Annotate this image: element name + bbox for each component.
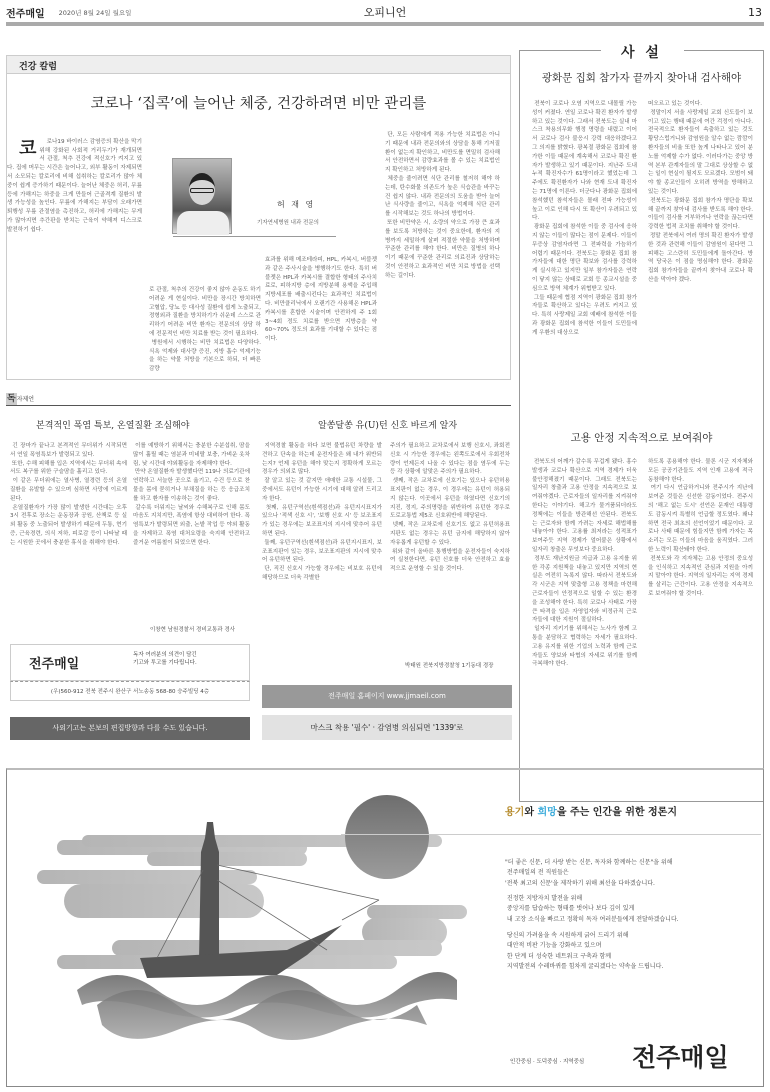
reader-article-2-title: 알쏭달쏭 유(U)턴 신호 바르게 알자	[318, 418, 457, 431]
author-title: 기자연세병원 내과 전문의	[257, 218, 319, 226]
editorial-2-col2: 하도록 종용해야 한다. 물론 시군 지자체와 모든 공공기관들도 지역 인재 …	[648, 458, 753, 599]
editorial-2-col1: 전북도의 어깨가 갈수록 무겁게 됐다. 홍수 발생과 코로나 확산으로 지역 …	[532, 458, 637, 669]
author-name: 허 재 영	[277, 199, 315, 210]
reader-article-2-col1: 지역경찰 활동을 하다 보면 불법유턴 차량을 발견하고 단속을 하는데 운전자…	[262, 442, 382, 583]
campaign-banner: 마스크 착용 '필수' · 감염병 의심되면 '1339'로	[262, 715, 512, 740]
contrib-message: 독자 여러분의 의견이 담긴 기고와 투고를 기다립니다.	[133, 651, 197, 667]
masthead: 전주매일 2020년 8월 24일 월요일 오피니언 13	[6, 2, 764, 22]
editorial-title-2: 고용 안정 지속적으로 보여줘야	[520, 430, 763, 445]
author-body	[177, 211, 229, 235]
reader-article-1-byline: 이창현 남원경찰서 경비교통과 경사	[150, 625, 235, 633]
section-title: 오피니언	[6, 4, 764, 20]
reader-article-1-col2: 이를 예방하기 위해서는 충분한 수분섭취, 땀을 많이 흘릴 때는 염분과 미…	[133, 442, 250, 548]
column-body-col1: 코로나19 바이러스 감염증의 확산을 막기 위해 강화된 사회적 거리두기가 …	[7, 129, 142, 243]
reader-article-1-title: 본격적인 폭염 특보, 온열질환 조심해야	[36, 418, 189, 431]
editorial-1-col2: 떠오르고 있는 것이다. 정말이지 서울 사랑제일 교회 신도들이 보이고 있는…	[648, 100, 753, 285]
editorial-section: 사 설 광화문 집회 참가자 끝까지 찾아내 검사해야 전북이 코로나 오염 지…	[519, 50, 764, 802]
reader-article-1-col1: 긴 장마가 끝나고 본격적인 무더위가 시작되면서 연일 폭염특보가 발령되고 …	[10, 442, 127, 548]
contribution-box: 전주매일 독자 여러분의 의견이 담긴 기고와 투고를 기다립니다.	[10, 644, 250, 681]
ad-footer-logo: 전주매일	[632, 1038, 729, 1074]
waves-icon	[77, 972, 457, 1040]
health-column: 건강 칼럼 코로나 ‘집콕’에 늘어난 체중, 건강하려면 비만 관리를 코로나…	[6, 55, 511, 380]
contrib-address: (우)560-912 전북 전주시 완산구 서노송동 568-80 승주빌딩 4…	[10, 681, 250, 701]
editorial-1-col1: 전북이 코로나 오염 지역으로 내몰릴 가능성이 커졌다. 연일 코로나 확진 …	[532, 100, 637, 338]
ad-paragraph-3: 당신의 가려움을 속 시원하게 긁어 드리기 위해 대안적 비판 기능을 강화하…	[505, 931, 663, 972]
reader-article-2-col2: 주의가 필요하고 교차로에서 보행 신호시, 좌회전 신호 시 가능한 경우에는…	[390, 442, 510, 574]
glasses-icon	[190, 188, 214, 193]
contrib-logo: 전주매일	[29, 653, 79, 672]
notice-bar: 사외기고는 본보의 편집방향과 다를 수도 있습니다.	[10, 717, 250, 740]
column-body-col4: 단, 모든 사람에게 적용 가능한 치료법은 아니기 때문에 내과 전문의와의 …	[385, 131, 500, 281]
header-rule	[6, 22, 764, 26]
column-body-col2: 로 관절, 척추의 건강이 좋지 않아 운동도 하기 어려운 게 현실이다. 비…	[149, 286, 261, 374]
photo-rule	[173, 236, 336, 237]
column-title: 코로나 ‘집콕’에 늘어난 체중, 건강하려면 비만 관리를	[7, 92, 510, 113]
editorial-heading: 사 설	[520, 42, 763, 62]
column-body-col3: 효과를 위해 메조테라피, HPL, 카복시, 버블젯과 같은 주사시술을 병행…	[265, 256, 377, 344]
editorial-title-1: 광화문 집회 참가자 끝까지 찾아내 검사해야	[520, 70, 763, 85]
page-number: 13	[748, 6, 762, 19]
ship-illustration	[7, 780, 477, 1080]
reader-article-2-byline: 박태원 전북지방경찰청 1기동대 경장	[405, 661, 493, 669]
reader-tag-big: 독	[6, 393, 17, 405]
sun-icon	[345, 795, 429, 879]
reader-section-tag: 독자제언	[6, 388, 511, 406]
reader-tag-rest: 자제언	[17, 396, 34, 403]
ad-divider	[341, 834, 761, 835]
author-photo	[172, 158, 232, 234]
ad-footer-tagline: 인간중심 · 도덕중심 · 지역중심	[510, 1057, 584, 1065]
dropcap: 코	[19, 140, 36, 158]
column-tag: 건강 칼럼	[7, 56, 510, 74]
ad-slogan: 용기와 희망을 주는 인간을 위한 정론지	[505, 803, 677, 818]
ad-paragraph-2: 진정한 지방자치 발전을 위해 중앙지를 답습하는 형태를 벗어나 보다 깊이 …	[505, 894, 679, 925]
ad-paragraph-1: "더 좋은 신문, 더 사랑 받는 신문, 독자와 함께하는 신문"을 위해 전…	[505, 858, 673, 889]
homepage-link[interactable]: 전주매일 홈페이지 www.jjmaeil.com	[262, 685, 512, 708]
